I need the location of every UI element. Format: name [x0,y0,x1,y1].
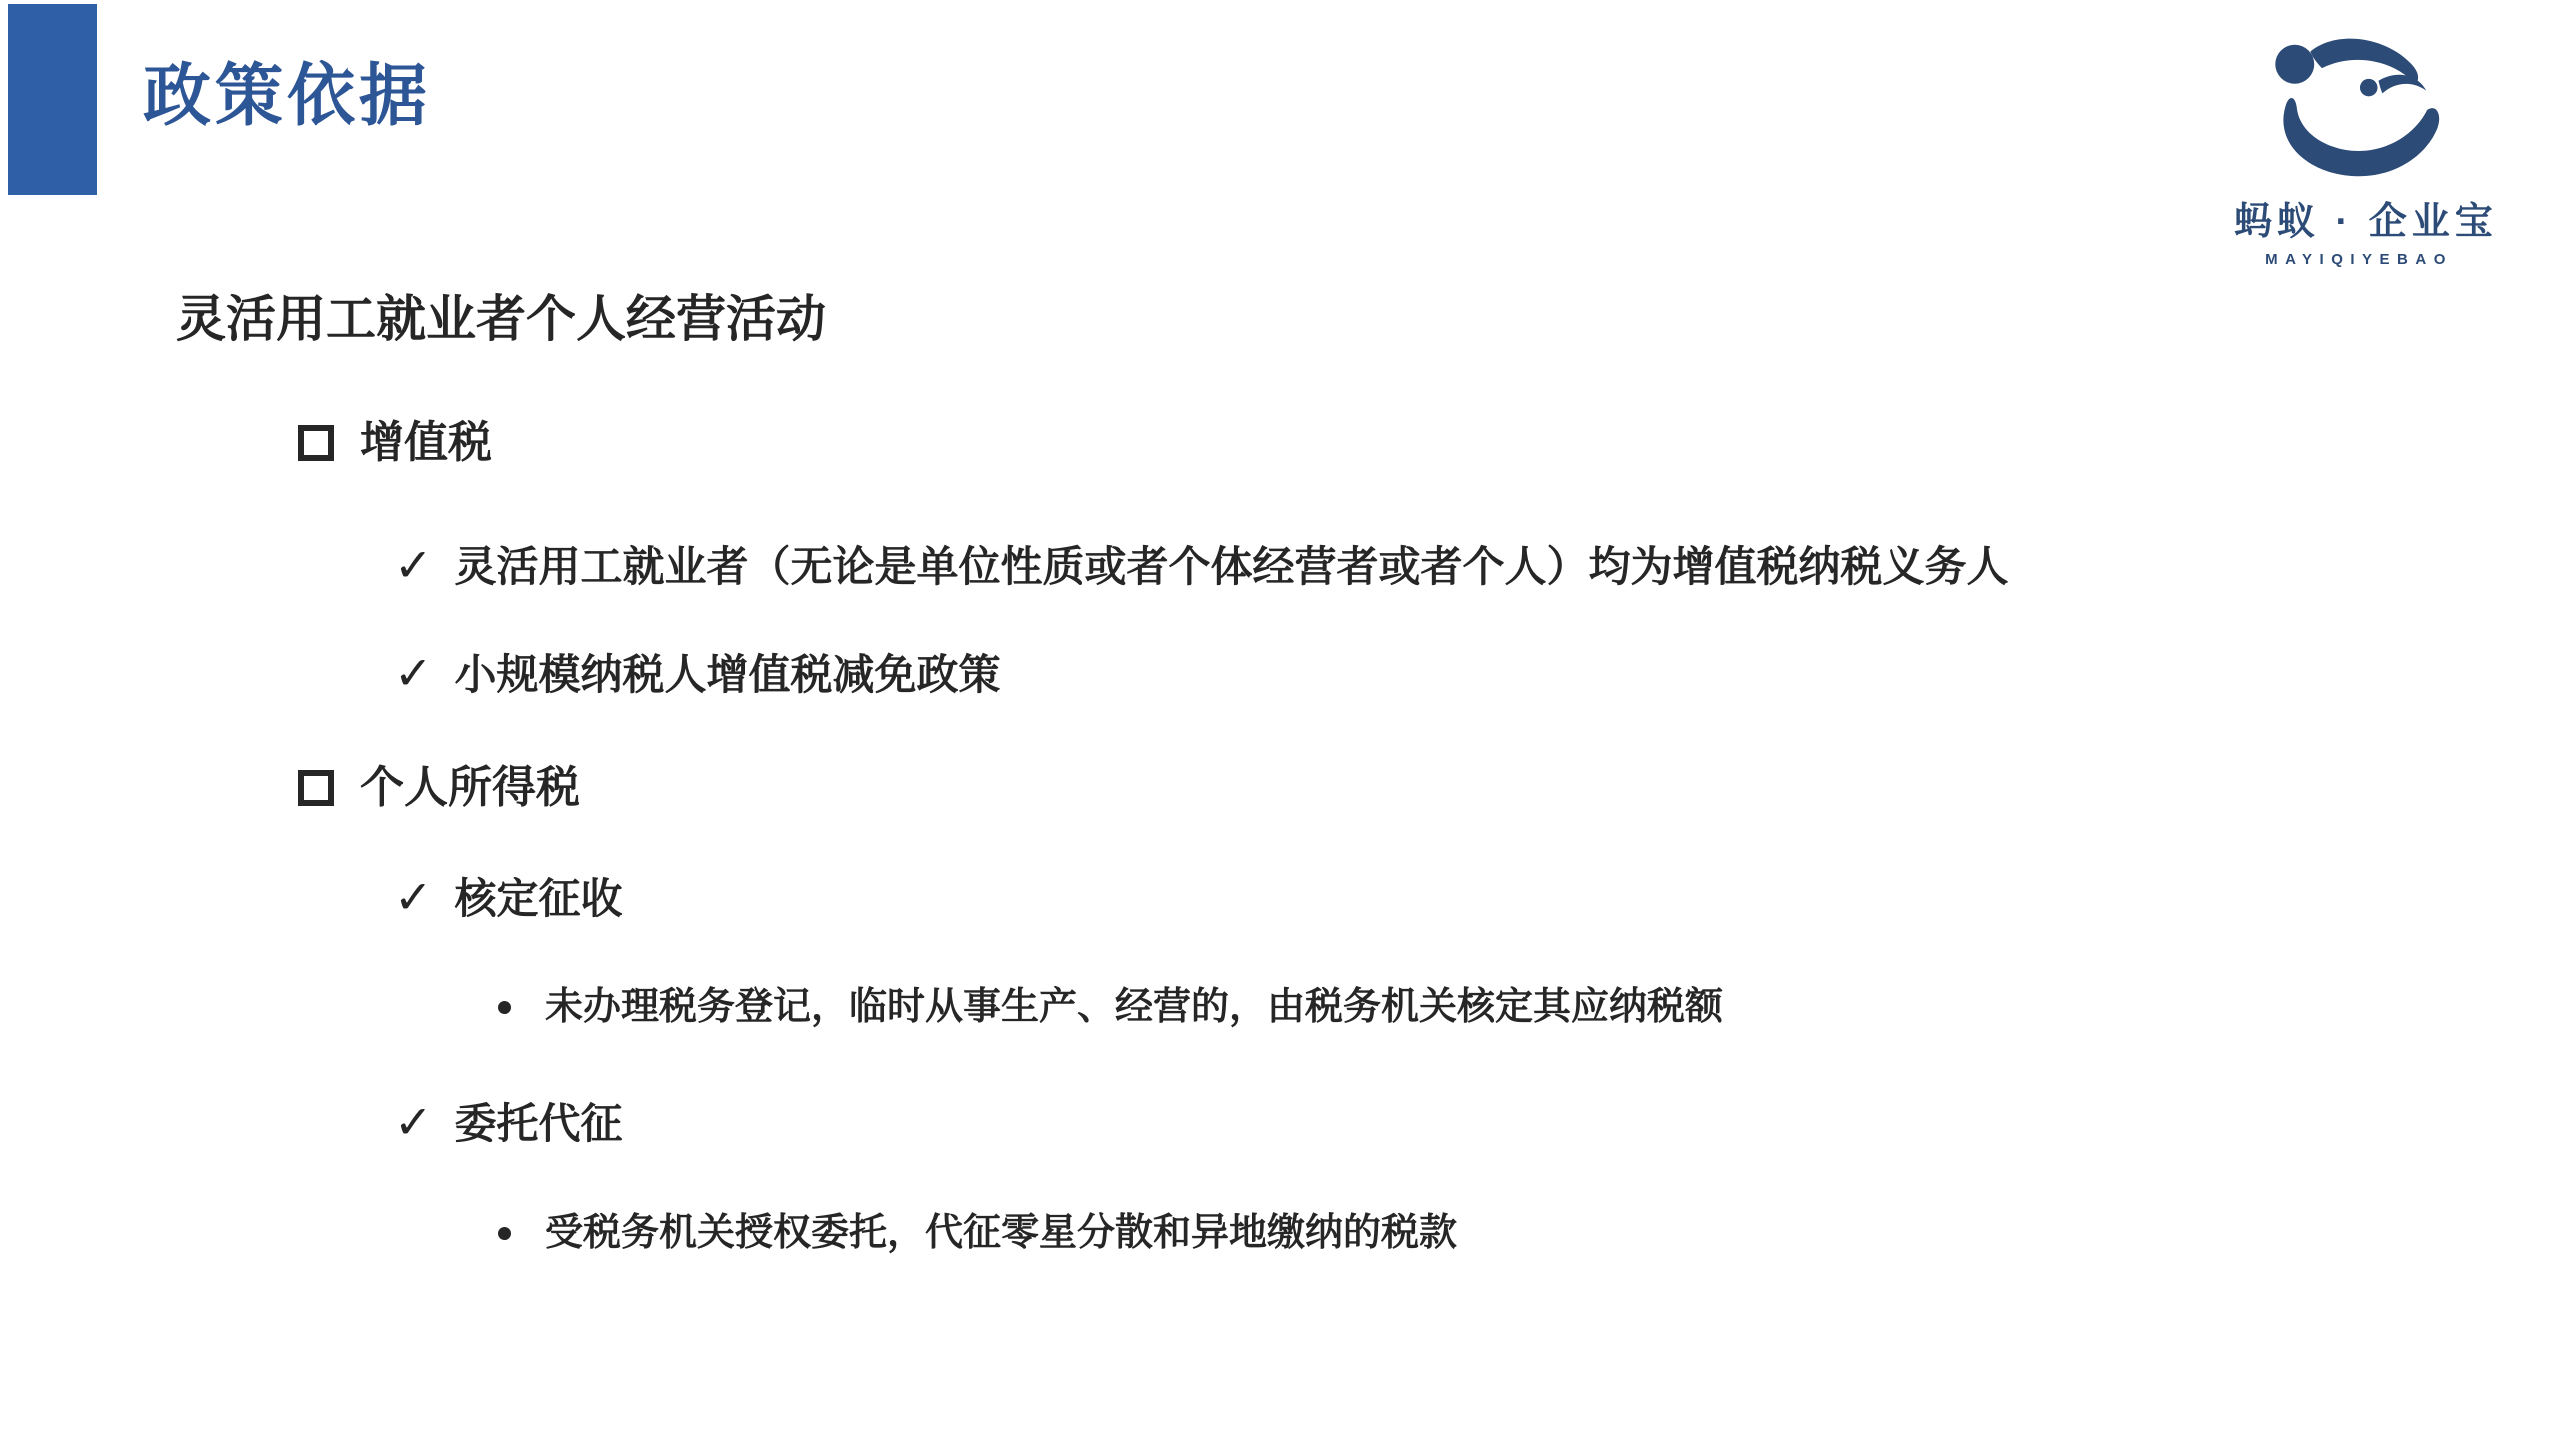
bullet-item-level2: ✓ 核定征收 [394,872,623,927]
bullet-item-level3: 受税务机关授权委托，代征零星分散和异地缴纳的税款 [488,1211,1457,1257]
accent-bar [8,4,97,195]
dot-bullet-icon [498,1001,511,1014]
logo-name-cn: 蚂蚁 · 企业宝 [2234,190,2484,245]
bullet-text: 增值税 [360,417,492,470]
square-bullet-icon [298,770,334,806]
check-bullet-icon: ✓ [394,870,433,925]
bullet-item-level2: ✓ 委托代征 [394,1097,623,1152]
check-bullet-icon: ✓ [394,646,433,701]
bullet-text: 未办理税务登记，临时从事生产、经营的，由税务机关核定其应纳税额 [545,985,1723,1031]
dot-bullet-icon [498,1227,511,1240]
bullet-item-level1: 个人所得税 [298,762,580,815]
bullet-text: 小规模纳税人增值税减免政策 [455,650,1001,700]
logo: 蚂蚁 · 企业宝 MAYIQIYEBAO [2234,36,2484,268]
page-title: 政策依据 [143,56,431,138]
bullet-item-level2: ✓ 小规模纳税人增值税减免政策 [394,648,1001,703]
ant-logo-icon [2266,36,2452,182]
square-bullet-icon [298,425,334,461]
bullet-text: 核定征收 [455,874,623,924]
logo-name-en: MAYIQIYEBAO [2234,251,2484,268]
check-bullet-icon: ✓ [394,538,433,593]
bullet-item-level2: ✓ 灵活用工就业者（无论是单位性质或者个体经营者或者个人）均为增值税纳税义务人 [394,540,2009,595]
bullet-text: 灵活用工就业者（无论是单位性质或者个体经营者或者个人）均为增值税纳税义务人 [455,542,2009,592]
bullet-text: 委托代征 [455,1099,623,1149]
bullet-text: 受税务机关授权委托，代征零星分散和异地缴纳的税款 [545,1211,1457,1257]
bullet-text: 个人所得税 [360,762,580,815]
content-heading: 灵活用工就业者个人经营活动 [176,291,826,349]
bullet-item-level1: 增值税 [298,417,492,470]
slide: 政策依据 蚂蚁 · 企业宝 MAYIQIYEBAO 灵活用工就业者个人经营活动 … [0,0,2560,1440]
check-bullet-icon: ✓ [394,1095,433,1150]
bullet-item-level3: 未办理税务登记，临时从事生产、经营的，由税务机关核定其应纳税额 [488,985,1723,1031]
